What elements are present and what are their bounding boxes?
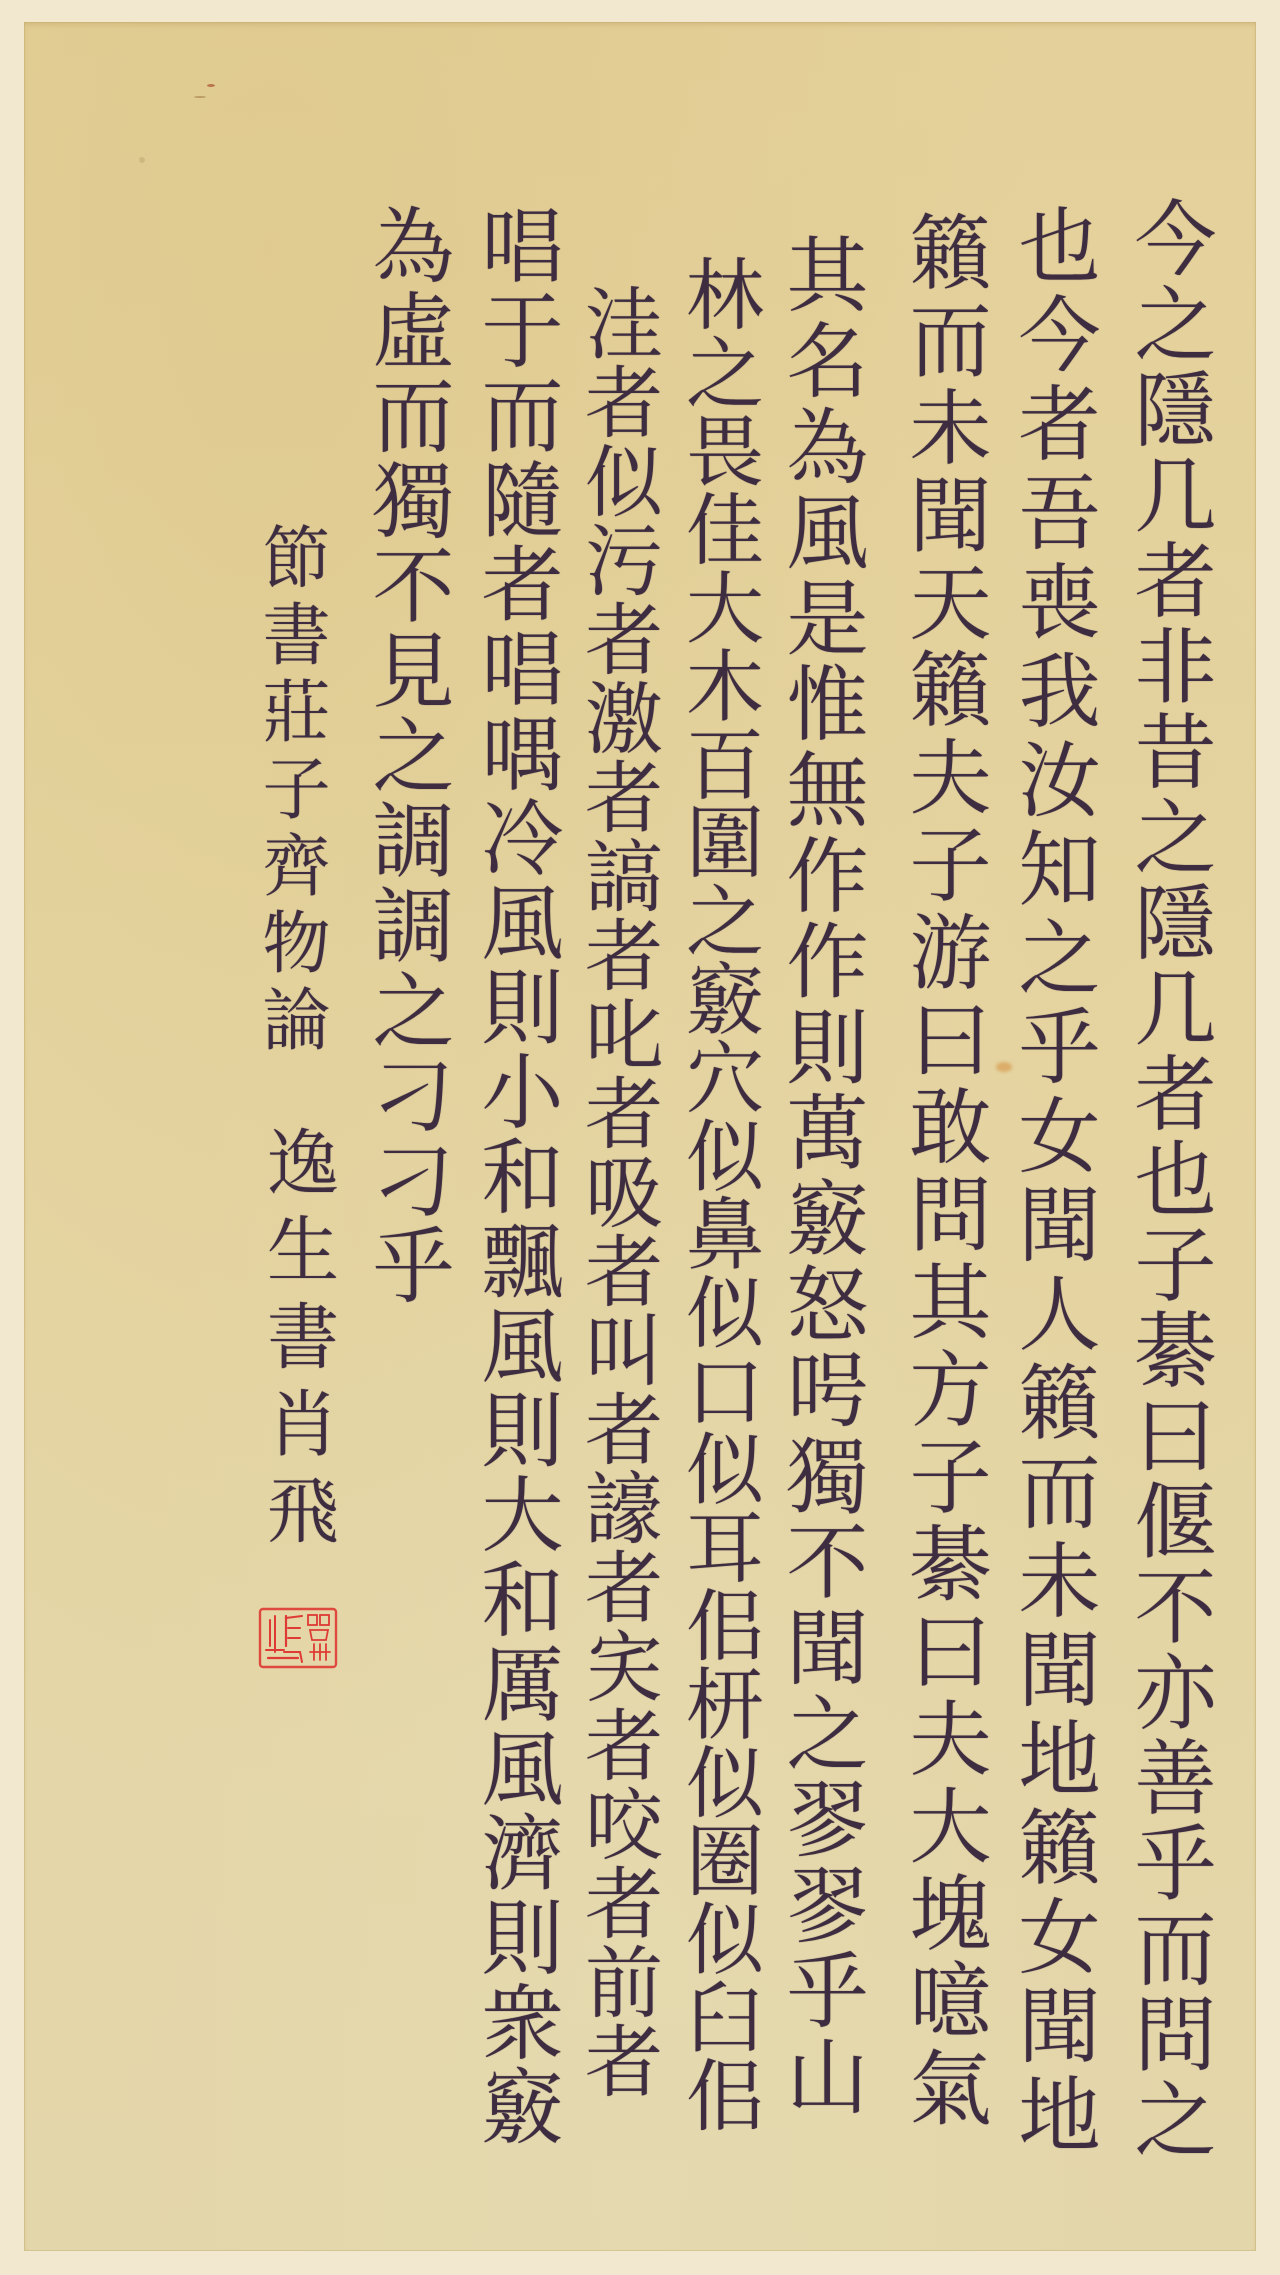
- paper-stain: [207, 84, 215, 87]
- text-column-4: 其名為風是惟無作作則萬竅怒呺獨不聞之翏翏乎山: [779, 232, 861, 2120]
- artist-signature: 逸生書肖飛: [261, 1125, 333, 1560]
- text-column-7: 唱于而隨者唱喁冷風則小和飄風則大和厲風濟則衆竅: [474, 203, 556, 2149]
- text-column-1: 今之隱几者非昔之隱几者也子綦曰偃不亦善乎而問之: [1127, 196, 1209, 2163]
- text-column-3: 籟而未聞天籟夫子游曰敢問其方子綦曰夫大塊噫氣: [902, 210, 984, 2133]
- seal-stamp-icon: [258, 1606, 338, 1670]
- text-column-2: 也今者吾喪我汝知之乎女聞人籟而未聞地籟女聞地: [1011, 203, 1093, 2161]
- inscription-column: 節書莊子齊物論: [256, 522, 324, 1061]
- text-column-6: 洼者似污者激者謞者叱者吸者叫者譹者宎者咬者前者: [578, 283, 656, 2100]
- text-column-5: 林之畏佳大木百圍之竅穴似鼻似口似耳佀枅似圈似臼佀: [679, 254, 757, 2133]
- paper-stain: [194, 96, 206, 98]
- text-column-8: 為虛而獨不見之調調之刁刁乎: [365, 203, 447, 1308]
- paper-stain: [139, 157, 145, 163]
